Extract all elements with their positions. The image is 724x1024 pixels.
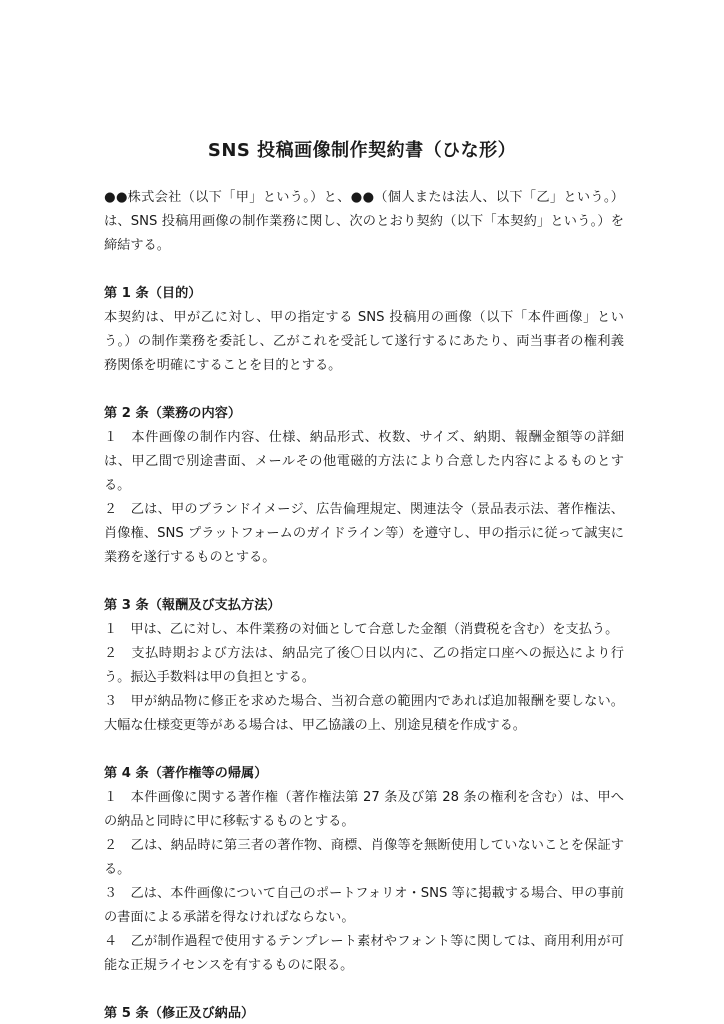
article-1: 第 1 条（目的） 本契約は、甲が乙に対し、甲の指定する SNS 投稿用の画像（… (104, 282, 624, 378)
article-clause: ３ 甲が納品物に修正を求めた場合、当初合意の範囲内であれば追加報酬を要しない。大… (104, 690, 624, 738)
document-body: ●●株式会社（以下「甲」という。）と、●●（個人または法人、以下「乙」という。）… (104, 186, 624, 1024)
article-clause: 本契約は、甲が乙に対し、甲の指定する SNS 投稿用の画像（以下「本件画像」とい… (104, 306, 624, 378)
article-heading: 第 5 条（修正及び納品） (104, 1002, 624, 1024)
article-clause: ４ 乙が制作過程で使用するテンプレート素材やフォント等に関しては、商用利用が可能… (104, 930, 624, 978)
article-clause: ３ 乙は、本件画像について自己のポートフォリオ・SNS 等に掲載する場合、甲の事… (104, 882, 624, 930)
document-title: SNS 投稿画像制作契約書（ひな形） (0, 136, 724, 162)
article-heading: 第 1 条（目的） (104, 282, 624, 306)
document-page: SNS 投稿画像制作契約書（ひな形） ●●株式会社（以下「甲」という。）と、●●… (0, 0, 724, 1024)
article-clause: ２ 乙は、納品時に第三者の著作物、商標、肖像等を無断使用していないことを保証する… (104, 834, 624, 882)
article-heading: 第 2 条（業務の内容） (104, 402, 624, 426)
article-heading: 第 4 条（著作権等の帰属） (104, 762, 624, 786)
article-clause: １ 本件画像の制作内容、仕様、納品形式、枚数、サイズ、納期、報酬金額等の詳細は、… (104, 426, 624, 498)
article-4: 第 4 条（著作権等の帰属） １ 本件画像に関する著作権（著作権法第 27 条及… (104, 762, 624, 978)
article-heading: 第 3 条（報酬及び支払方法） (104, 594, 624, 618)
article-clause: １ 本件画像に関する著作権（著作権法第 27 条及び第 28 条の権利を含む）は… (104, 786, 624, 834)
article-clause: ２ 支払時期および方法は、納品完了後〇日以内に、乙の指定口座への振込により行う。… (104, 642, 624, 690)
article-2: 第 2 条（業務の内容） １ 本件画像の制作内容、仕様、納品形式、枚数、サイズ、… (104, 402, 624, 570)
article-5: 第 5 条（修正及び納品） (104, 1002, 624, 1024)
article-clause: ２ 乙は、甲のブランドイメージ、広告倫理規定、関連法令（景品表示法、著作権法、肖… (104, 498, 624, 570)
article-3: 第 3 条（報酬及び支払方法） １ 甲は、乙に対し、本件業務の対価として合意した… (104, 594, 624, 738)
preamble: ●●株式会社（以下「甲」という。）と、●●（個人または法人、以下「乙」という。）… (104, 186, 624, 258)
article-clause: １ 甲は、乙に対し、本件業務の対価として合意した金額（消費税を含む）を支払う。 (104, 618, 624, 642)
